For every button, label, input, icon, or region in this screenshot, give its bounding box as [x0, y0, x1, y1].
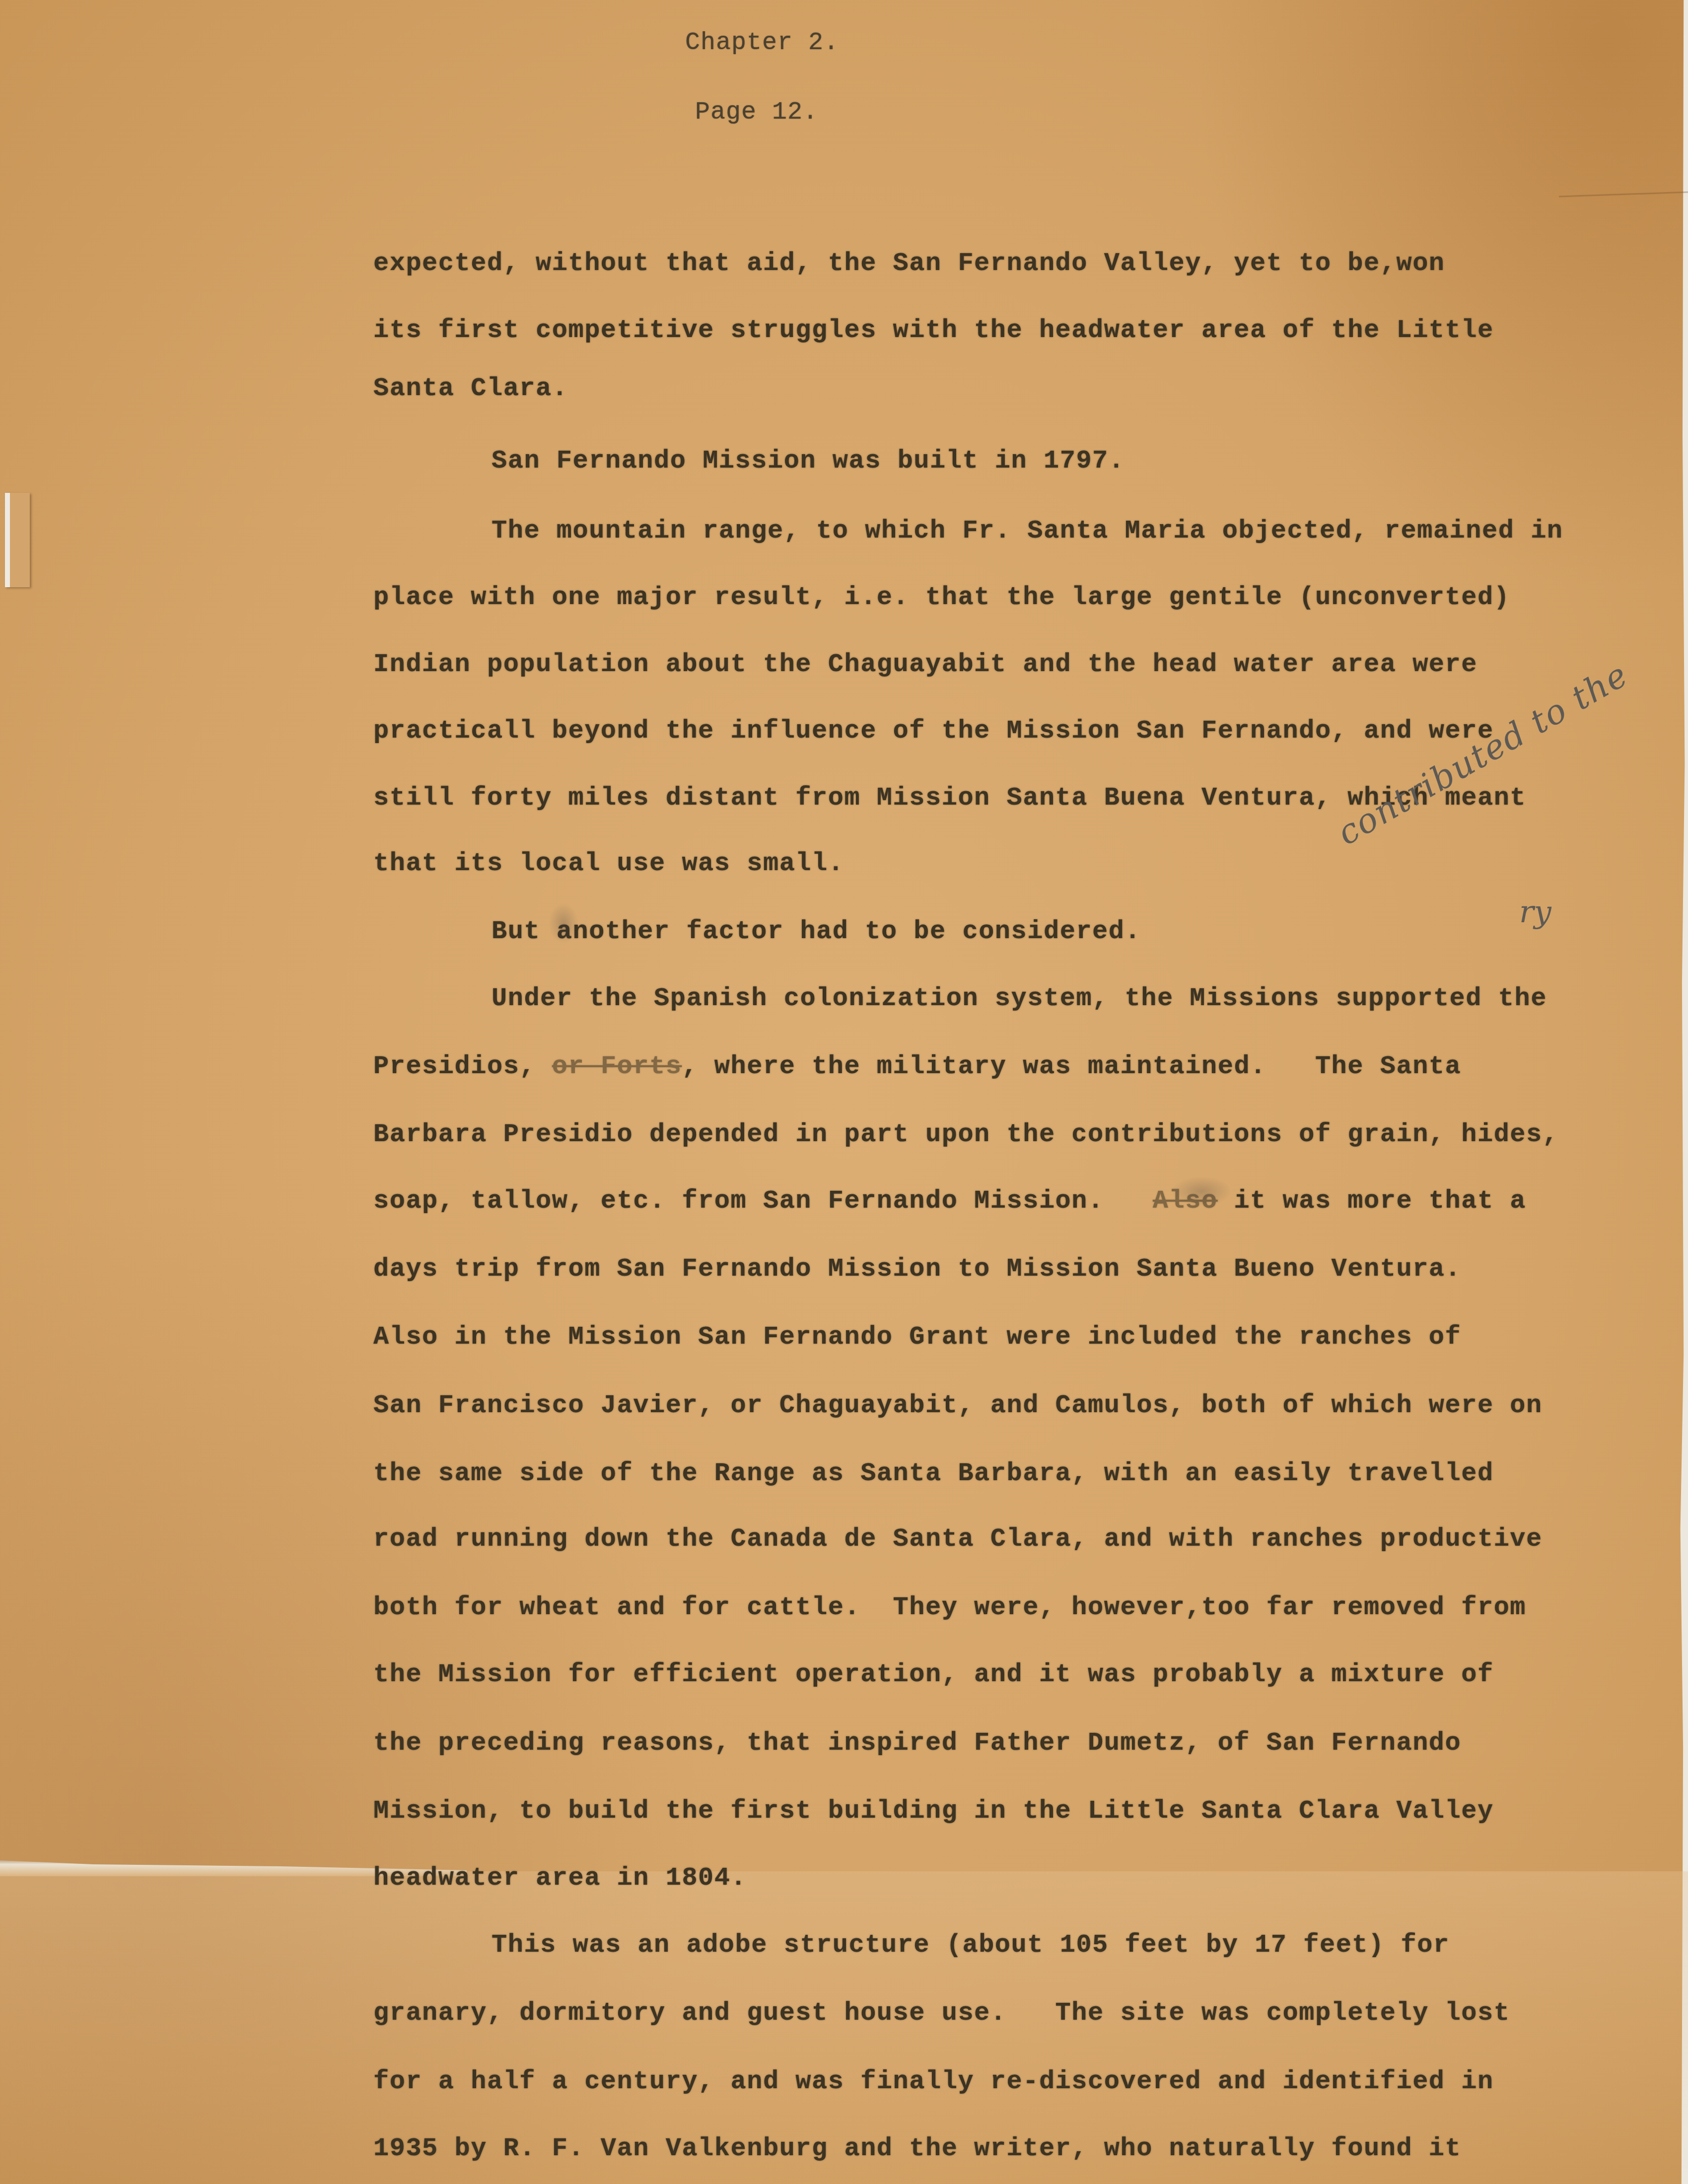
handwritten-annotation: contributed to the	[1331, 655, 1635, 853]
struck-text: or Forts	[552, 1052, 682, 1081]
text-line: days trip from San Fernando Mission to M…	[373, 1256, 1461, 1282]
paper-tab	[5, 493, 30, 587]
handwritten-annotation-sub: ry	[1519, 893, 1551, 930]
text-line: Mission, to build the first building in …	[373, 1798, 1494, 1824]
text-line: San Francisco Javier, or Chaguayabit, an…	[373, 1393, 1543, 1419]
text-line: soap, tallow, etc. from San Fernando Mis…	[373, 1188, 1526, 1214]
text-line: expected, without that aid, the San Fern…	[373, 251, 1445, 276]
page-number: Page 12.	[695, 98, 818, 127]
text-line: that its local use was small.	[373, 851, 844, 877]
text-line: This was an adobe structure (about 105 f…	[492, 1932, 1450, 1958]
text-line: practicall beyond the influence of the M…	[373, 718, 1494, 744]
text-line: 1935 by R. F. Van Valkenburg and the wri…	[373, 2136, 1461, 2162]
text-segment: soap, tallow, etc. from San Fernando Mis…	[373, 1186, 1153, 1216]
text-segment: it was more that a	[1218, 1186, 1526, 1216]
text-segment: Presidios,	[373, 1052, 552, 1081]
text-line: the preceding reasons, that inspired Fat…	[373, 1730, 1461, 1756]
text-line: The mountain range, to which Fr. Santa M…	[492, 518, 1563, 544]
text-line: for a half a century, and was finally re…	[373, 2069, 1494, 2095]
text-line: granary, dormitory and guest house use. …	[373, 2000, 1510, 2026]
text-segment: , where the military was maintained. The…	[682, 1052, 1461, 1081]
text-line: both for wheat and for cattle. They were…	[373, 1595, 1526, 1621]
text-line: Presidios, or Forts, where the military …	[373, 1054, 1461, 1080]
paper-right-edge	[1677, 0, 1688, 2184]
text-line: headwater area in 1804.	[373, 1865, 747, 1891]
text-line: the same side of the Range as Santa Barb…	[373, 1461, 1494, 1487]
text-line: But another factor had to be considered.	[492, 919, 1141, 945]
erasure-smudge	[1172, 1176, 1231, 1206]
text-line: place with one major result, i.e. that t…	[373, 585, 1510, 611]
text-line: San Fernando Mission was built in 1797.	[492, 448, 1125, 474]
text-line: Indian population about the Chaguayabit …	[373, 652, 1477, 678]
text-line: the Mission for efficient operation, and…	[373, 1662, 1494, 1688]
chapter-heading: Chapter 2.	[685, 29, 839, 57]
text-line: Santa Clara.	[373, 376, 568, 402]
fold-crease	[1559, 191, 1688, 197]
text-line: road running down the Canada de Santa Cl…	[373, 1526, 1543, 1552]
ink-blot	[549, 903, 578, 943]
text-line: Under the Spanish colonization system, t…	[492, 986, 1547, 1012]
manuscript-page: Chapter 2. Page 12. expected, without th…	[0, 0, 1688, 2184]
text-line: Barbara Presidio depended in part upon t…	[373, 1122, 1558, 1148]
text-line: Also in the Mission San Fernando Grant w…	[373, 1324, 1461, 1350]
text-line: its first competitive struggles with the…	[373, 318, 1494, 343]
